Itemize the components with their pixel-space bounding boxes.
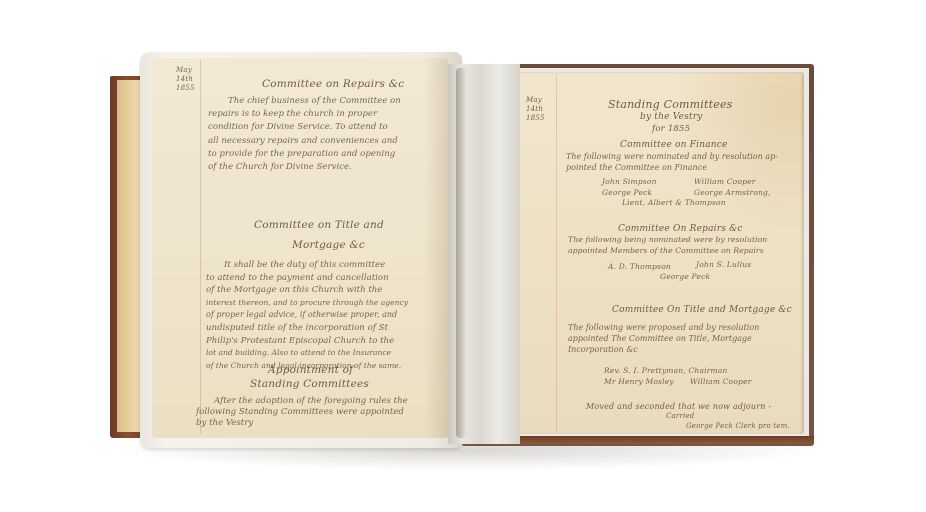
photo-scene: May 14th 1855 Committee on Repairs &c Th… [0,0,926,512]
text-line: of the Church for Divine Service. [208,161,401,174]
left-paragraph-repairs: The chief business of the Committee on r… [208,95,401,174]
left-heading-title-mortgage: Committee on Title and [254,219,384,231]
right-paragraph-title-mortgage: The following were proposed and by resol… [568,322,759,355]
right-page-year: for 1855 [652,124,690,134]
right-margin-line [556,74,557,432]
right-heading-repairs: Committee On Repairs &c [618,224,743,234]
left-heading-repairs: Committee on Repairs &c [262,78,404,90]
name-entry: John S. Lullus [696,260,751,269]
text-line: following Standing Committees were appoi… [196,407,408,418]
text-line: of proper legal advice, if otherwise pro… [206,309,408,322]
text-line: Incorporation &c [568,344,759,355]
name-entry: Lient, Albert & Thompson [622,198,726,207]
closing-signature: George Peck Clerk pro tem. [686,422,790,430]
text-line: condition for Divine Service. To attend … [208,121,401,134]
left-heading-appointment-2: Standing Committees [250,378,369,390]
left-paragraph-title-mortgage: It shall be the duty of this committee t… [206,259,408,372]
right-heading-title-mortgage: Committee On Title and Mortgage &c [612,305,792,315]
text-line: by the Vestry [196,418,408,429]
right-page-subtitle: by the Vestry [640,112,703,122]
left-page-date: May 14th 1855 [176,66,206,93]
text-line: to provide for the preparation and openi… [208,148,401,161]
name-entry: John Simpson [602,177,657,186]
name-entry: William Cooper [690,377,752,386]
text-line: all necessary repairs and conveniences a… [208,135,401,148]
text-line: After the adoption of the foregoing rule… [196,396,408,407]
text-line: The following were nominated and by reso… [566,151,778,162]
left-paragraph-appointment: After the adoption of the foregoing rule… [196,396,408,429]
right-page-title: Standing Committees [608,98,733,111]
text-line: interest thereon, and to procure through… [206,297,408,310]
name-entry: George Peck [602,188,652,197]
name-entry: George Peck [660,272,710,281]
name-entry: A. D. Thompson [608,262,671,271]
text-line: The following were proposed and by resol… [568,322,759,333]
name-entry: George Armstrong, [694,188,771,197]
name-entry: William Cooper [694,177,756,186]
text-line: It shall be the duty of this committee [206,259,408,272]
text-line: of the Mortgage on this Church with the [206,284,408,297]
closing-carried: Carried [666,412,694,420]
text-line: appointed The Committee on Title, Mortga… [568,333,759,344]
text-line: to attend to the payment and cancellatio… [206,272,408,285]
text-line: lot and building. Also to attend to the … [206,347,408,360]
text-line: appointed Members of the Committee on Re… [568,246,767,257]
text-line: repairs is to keep the church in proper [208,108,401,121]
right-paragraph-finance: The following were nominated and by reso… [566,151,778,173]
right-paragraph-repairs: The following being nominated were by re… [568,235,767,256]
left-margin-line [200,60,201,434]
name-entry: Mr Henry Mosley [604,377,674,386]
right-page-date: May 14th 1855 [526,96,556,123]
name-entry: Rev. S. I. Prettyman, Chairman [604,366,728,375]
text-line: pointed the Committee on Finance [566,162,778,173]
left-heading-title-mortgage-2: Mortgage &c [292,239,365,251]
closing-motion: Moved and seconded that we now adjourn - [586,402,771,411]
text-line: The following being nominated were by re… [568,235,767,246]
text-line: undisputed title of the incorporation of… [206,322,408,335]
text-line: Philip's Protestant Episcopal Church to … [206,335,408,348]
text-line: The chief business of the Committee on [208,95,401,108]
left-heading-appointment: Appointment of [268,364,353,376]
sleeve-fold [456,68,466,438]
right-heading-finance: Committee on Finance [620,140,728,150]
